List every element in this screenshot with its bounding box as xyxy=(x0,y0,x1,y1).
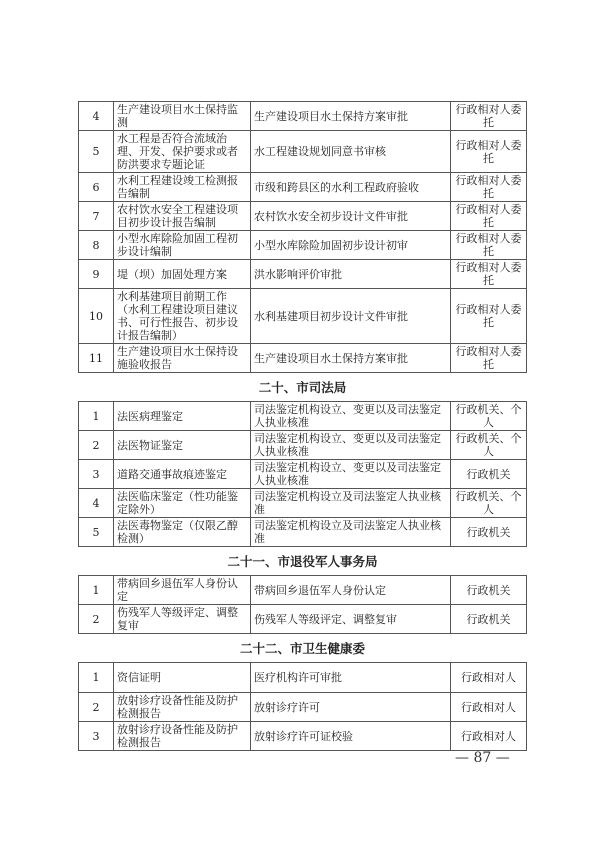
entrusting-party: 行政机关 xyxy=(451,605,527,634)
approval-item: 伤残军人等级评定、调整复审 xyxy=(251,605,451,634)
approval-item: 司法鉴定机构设立、变更以及司法鉴定人执业核准 xyxy=(251,460,451,489)
table-row: 3道路交通事故痕迹鉴定司法鉴定机构设立、变更以及司法鉴定人执业核准行政机关 xyxy=(79,460,527,489)
entrusting-party: 行政相对人 xyxy=(451,693,527,722)
document-page: 4生产建设项目水土保持监测生产建设项目水土保持方案审批行政相对人委托5水工程是否… xyxy=(78,101,527,751)
service-name: 法医毒物鉴定（仅限乙醇检测） xyxy=(114,518,251,547)
section-title: 二十二、市卫生健康委 xyxy=(79,634,527,663)
service-name: 道路交通事故痕迹鉴定 xyxy=(114,460,251,489)
service-name: 水工程是否符合流域治理、开发、保护要求或者防洪要求专题论证 xyxy=(114,131,251,173)
row-number: 4 xyxy=(79,102,114,131)
approval-item: 放射诊疗许可 xyxy=(251,693,451,722)
entrusting-party: 行政相对人委托 xyxy=(451,131,527,173)
row-number: 3 xyxy=(79,722,114,751)
service-name: 生产建设项目水土保持设施验收报告 xyxy=(114,344,251,373)
row-number: 3 xyxy=(79,460,114,489)
approval-item: 小型水库除险加固初步设计初审 xyxy=(251,231,451,260)
table-row: 4法医临床鉴定（性功能鉴定除外）司法鉴定机构设立及司法鉴定人执业核准行政机关、个… xyxy=(79,489,527,518)
entrusting-party: 行政相对人委托 xyxy=(451,173,527,202)
service-name: 放射诊疗设备性能及防护检测报告 xyxy=(114,693,251,722)
entrusting-party: 行政机关、个人 xyxy=(451,402,527,431)
entrusting-party: 行政相对人委托 xyxy=(451,202,527,231)
row-number: 6 xyxy=(79,173,114,202)
service-name: 法医病理鉴定 xyxy=(114,402,251,431)
section-header: 二十一、市退役军人事务局 xyxy=(79,547,527,576)
table-row: 2法医物证鉴定司法鉴定机构设立、变更以及司法鉴定人执业核准行政机关、个人 xyxy=(79,431,527,460)
service-name: 水利基建项目前期工作（水利工程建设项目建议书、可行性报告、初步设计报告编制） xyxy=(114,289,251,344)
entrusting-party: 行政相对人 xyxy=(451,722,527,751)
entrusting-party: 行政相对人委托 xyxy=(451,344,527,373)
approval-item: 司法鉴定机构设立、变更以及司法鉴定人执业核准 xyxy=(251,402,451,431)
entrusting-party: 行政相对人委托 xyxy=(451,260,527,289)
row-number: 5 xyxy=(79,131,114,173)
table-row: 11生产建设项目水土保持设施验收报告生产建设项目水土保持方案审批行政相对人委托 xyxy=(79,344,527,373)
entrusting-party: 行政相对人 xyxy=(451,663,527,693)
row-number: 4 xyxy=(79,489,114,518)
approval-item: 医疗机构许可审批 xyxy=(251,663,451,693)
row-number: 2 xyxy=(79,605,114,634)
approval-item: 带病回乡退伍军人身份认定 xyxy=(251,576,451,605)
service-table: 4生产建设项目水土保持监测生产建设项目水土保持方案审批行政相对人委托5水工程是否… xyxy=(78,101,527,751)
table-row: 1资信证明医疗机构许可审批行政相对人 xyxy=(79,663,527,693)
section-title: 二十、市司法局 xyxy=(79,373,527,402)
row-number: 1 xyxy=(79,576,114,605)
entrusting-party: 行政机关、个人 xyxy=(451,489,527,518)
approval-item: 洪水影响评价审批 xyxy=(251,260,451,289)
service-name: 伤残军人等级评定、调整复审 xyxy=(114,605,251,634)
service-name: 水利工程建设竣工检测报告编制 xyxy=(114,173,251,202)
approval-item: 生产建设项目水土保持方案审批 xyxy=(251,102,451,131)
section-title: 二十一、市退役军人事务局 xyxy=(79,547,527,576)
table-row: 4生产建设项目水土保持监测生产建设项目水土保持方案审批行政相对人委托 xyxy=(79,102,527,131)
row-number: 2 xyxy=(79,431,114,460)
service-name: 农村饮水安全工程建设项目初步设计报告编制 xyxy=(114,202,251,231)
row-number: 9 xyxy=(79,260,114,289)
approval-item: 司法鉴定机构设立、变更以及司法鉴定人执业核准 xyxy=(251,431,451,460)
approval-item: 农村饮水安全初步设计文件审批 xyxy=(251,202,451,231)
approval-item: 放射诊疗许可证校验 xyxy=(251,722,451,751)
service-name: 法医物证鉴定 xyxy=(114,431,251,460)
table-row: 6水利工程建设竣工检测报告编制市级和跨县区的水利工程政府验收行政相对人委托 xyxy=(79,173,527,202)
entrusting-party: 行政相对人委托 xyxy=(451,289,527,344)
approval-item: 生产建设项目水土保持方案审批 xyxy=(251,344,451,373)
table-row: 8小型水库除险加固工程初步设计编制小型水库除险加固初步设计初审行政相对人委托 xyxy=(79,231,527,260)
entrusting-party: 行政机关、个人 xyxy=(451,431,527,460)
service-name: 小型水库除险加固工程初步设计编制 xyxy=(114,231,251,260)
section-header: 二十、市司法局 xyxy=(79,373,527,402)
table-row: 3放射诊疗设备性能及防护检测报告放射诊疗许可证校验行政相对人 xyxy=(79,722,527,751)
table-row: 9堤（坝）加固处理方案洪水影响评价审批行政相对人委托 xyxy=(79,260,527,289)
table-row: 1带病回乡退伍军人身份认定带病回乡退伍军人身份认定行政机关 xyxy=(79,576,527,605)
section-header: 二十二、市卫生健康委 xyxy=(79,634,527,663)
table-row: 5水工程是否符合流域治理、开发、保护要求或者防洪要求专题论证水工程建设规划同意书… xyxy=(79,131,527,173)
row-number: 5 xyxy=(79,518,114,547)
table-row: 2伤残军人等级评定、调整复审伤残军人等级评定、调整复审行政机关 xyxy=(79,605,527,634)
row-number: 2 xyxy=(79,693,114,722)
approval-item: 水工程建设规划同意书审核 xyxy=(251,131,451,173)
entrusting-party: 行政机关 xyxy=(451,460,527,489)
row-number: 8 xyxy=(79,231,114,260)
entrusting-party: 行政机关 xyxy=(451,576,527,605)
table-row: 10水利基建项目前期工作（水利工程建设项目建议书、可行性报告、初步设计报告编制）… xyxy=(79,289,527,344)
approval-item: 司法鉴定机构设立及司法鉴定人执业核准 xyxy=(251,489,451,518)
entrusting-party: 行政相对人委托 xyxy=(451,102,527,131)
table-row: 5法医毒物鉴定（仅限乙醇检测）司法鉴定机构设立及司法鉴定人执业核准行政机关 xyxy=(79,518,527,547)
service-name: 放射诊疗设备性能及防护检测报告 xyxy=(114,722,251,751)
entrusting-party: 行政相对人委托 xyxy=(451,231,527,260)
row-number: 10 xyxy=(79,289,114,344)
table-row: 2放射诊疗设备性能及防护检测报告放射诊疗许可行政相对人 xyxy=(79,693,527,722)
service-name: 生产建设项目水土保持监测 xyxy=(114,102,251,131)
entrusting-party: 行政机关 xyxy=(451,518,527,547)
service-name: 带病回乡退伍军人身份认定 xyxy=(114,576,251,605)
service-name: 法医临床鉴定（性功能鉴定除外） xyxy=(114,489,251,518)
row-number: 11 xyxy=(79,344,114,373)
page-number: — 87 — xyxy=(455,750,510,766)
approval-item: 司法鉴定机构设立及司法鉴定人执业核准 xyxy=(251,518,451,547)
service-name: 资信证明 xyxy=(114,663,251,693)
row-number: 7 xyxy=(79,202,114,231)
row-number: 1 xyxy=(79,663,114,693)
row-number: 1 xyxy=(79,402,114,431)
approval-item: 市级和跨县区的水利工程政府验收 xyxy=(251,173,451,202)
service-name: 堤（坝）加固处理方案 xyxy=(114,260,251,289)
approval-item: 水利基建项目初步设计文件审批 xyxy=(251,289,451,344)
table-row: 1法医病理鉴定司法鉴定机构设立、变更以及司法鉴定人执业核准行政机关、个人 xyxy=(79,402,527,431)
table-row: 7农村饮水安全工程建设项目初步设计报告编制农村饮水安全初步设计文件审批行政相对人… xyxy=(79,202,527,231)
